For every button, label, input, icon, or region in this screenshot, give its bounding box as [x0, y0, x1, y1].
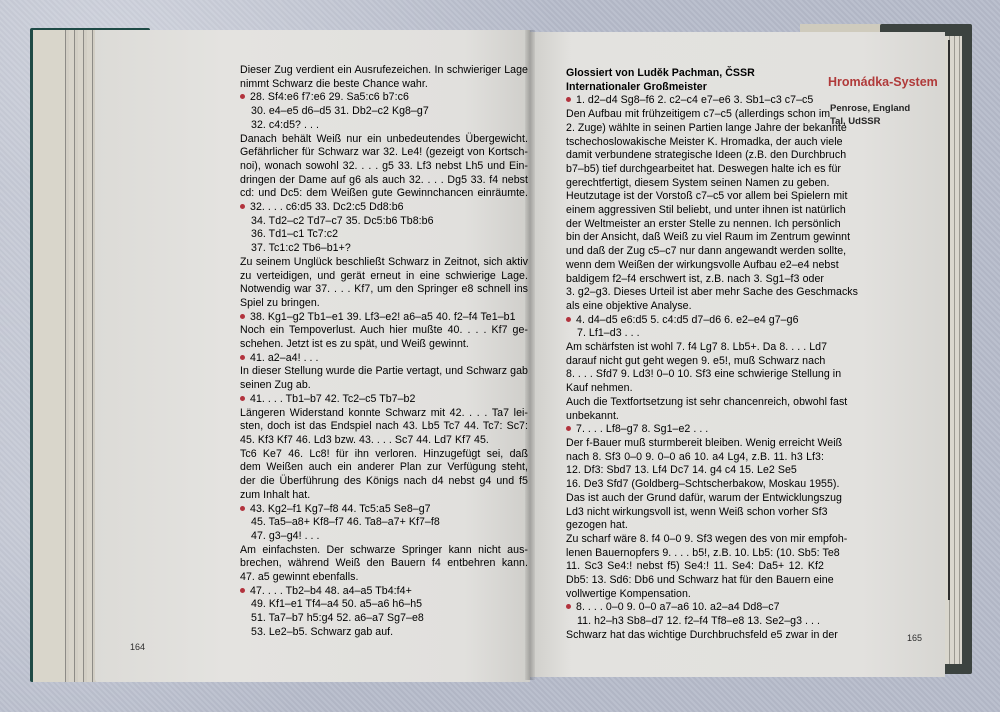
right-page-text: Glossiert von Luděk Pachman, ČSSR Intern…	[566, 67, 824, 643]
text-line: Notwendig war 37. . . . Kf7, um den Spri…	[240, 283, 528, 297]
move-line: 7. Lf1–d3 . . .	[566, 327, 824, 341]
text-line: 45. Kf3 Kf7 46. Ld3 bzw. 43. . . . Sc7 4…	[240, 434, 528, 448]
text-line: Dieser Zug verdient ein Ausrufezeichen. …	[240, 64, 528, 78]
text-line: zum Inhalt hat.	[240, 489, 528, 503]
text-line: Am schärfsten ist wohl 7. f4 Lg7 8. Lb5+…	[566, 341, 824, 355]
left-page-text: Dieser Zug verdient ein Ausrufezeichen. …	[240, 64, 528, 640]
annotator-title: Internationaler Großmeister	[566, 81, 824, 95]
text-line: einem aggressiven Stil beliebt, und unte…	[566, 204, 824, 218]
text-line: Längeren Widerstand konnte Schwarz mit 4…	[240, 407, 528, 421]
text-line: und daß der Zug c5–c7 nur dann angewandt…	[566, 245, 824, 259]
text-line: Tc6 Ke7 46. Lc8! für ihn verloren. Hinzu…	[240, 448, 528, 462]
text-line: In dieser Stellung wurde die Partie vert…	[240, 365, 528, 379]
text-line: darauf nicht gut geht wegen 9. e5!, muß …	[566, 355, 824, 369]
text-line: als eine objektive Analyse.	[566, 300, 824, 314]
move-line: 47. g3–g4! . . .	[240, 530, 528, 544]
text-line: schehen. Jetzt ist es zu spät, und Weiß …	[240, 338, 528, 352]
move-line: 7. . . . Lf8–g7 8. Sg1–e2 . . .	[566, 423, 824, 437]
move-line: 34. Td2–c2 Td7–c7 35. Dc5:b6 Tb8:b6	[240, 215, 528, 229]
text-line: baldigem f2–f4 erschwert ist, z.B. nach …	[566, 273, 824, 287]
text-line: Der f-Bauer muß sturmbereit bleiben. Wen…	[566, 437, 824, 451]
page-edges-left	[33, 30, 103, 682]
text-line: seinen Zug ab.	[240, 379, 528, 393]
text-line: Schwarz hat das wichtige Durchbruchsfeld…	[566, 629, 824, 643]
page-number-right: 165	[907, 633, 922, 643]
text-line: Den Aufbau mit frühzeitigem c7–c5 (aller…	[566, 108, 824, 122]
move-line: 37. Tc1:c2 Tb6–b1+?	[240, 242, 528, 256]
move-line: 28. Sf4:e6 f7:e6 29. Sa5:c6 b7:c6	[240, 91, 528, 105]
page-number-left: 164	[130, 642, 145, 652]
text-line: gezogen hat.	[566, 519, 824, 533]
text-line: Das ist auch der Grund dafür, warum der …	[566, 492, 824, 506]
text-line: Gefährlicher für Schwarz war 32. Le4! (g…	[240, 146, 528, 160]
text-line: nach 8. Sf3 0–0 9. 0–0 a6 10. a4 Lg4, z.…	[566, 451, 824, 465]
move-line: 43. Kg2–f1 Kg7–f8 44. Tc5:a5 Se8–g7	[240, 503, 528, 517]
move-line: 38. Kg1–g2 Tb1–e1 39. Lf3–e2! a6–a5 40. …	[240, 311, 528, 325]
move-line: 1. d2–d4 Sg8–f6 2. c2–c4 e7–e6 3. Sb1–c3…	[566, 94, 824, 108]
move-line: 47. . . . Tb2–b4 48. a4–a5 Tb4:f4+	[240, 585, 528, 599]
text-line: noi), wonach sowohl 32. . . . g5 33. Lf3…	[240, 160, 528, 174]
move-line: 51. Ta7–b7 h5:g4 52. a6–a7 Sg7–e8	[240, 612, 528, 626]
sidebar-rule	[948, 40, 950, 600]
text-line: vollwertige Kompensation.	[566, 588, 824, 602]
text-line: 47. a5 gewinnt ebenfalls.	[240, 571, 528, 585]
move-line: 32. . . . c6:d5 33. Dc2:c5 Dd8:b6	[240, 201, 528, 215]
text-line: gerechtfertigt, diesem System seinen Nam…	[566, 177, 824, 191]
text-line: Zu seinem Unglück beschließt Schwarz in …	[240, 256, 528, 270]
text-line: lenen Bauernopfers 9. . . . b5!, z.B. 10…	[566, 547, 824, 561]
move-line: 41. a2–a4! . . .	[240, 352, 528, 366]
text-line: Danach behält Weiß nur ein unbedeutendes…	[240, 133, 528, 147]
text-line: brechen, während Weiß den Bauern f4 entb…	[240, 557, 528, 571]
text-line: tschechoslowakische Meister K. Hromadka,…	[566, 136, 824, 150]
move-line: 32. c4:d5? . . .	[240, 119, 528, 133]
move-line: 11. h2–h3 Sb8–d7 12. f2–f4 Tf8–e8 13. Se…	[566, 615, 824, 629]
text-line: Auch die Textfortsetzung ist sehr chance…	[566, 396, 824, 410]
text-line: Spiel zu bringen.	[240, 297, 528, 311]
annotator-line: Glossiert von Luděk Pachman, ČSSR	[566, 67, 824, 81]
text-line: cd: und Dc5: dem Weißen gute Gewinnchanc…	[240, 187, 528, 201]
move-line: 4. d4–d5 e6:d5 5. c4:d5 d7–d6 6. e2–e4 g…	[566, 314, 824, 328]
text-line: zu verteidigen, und gerät erneut in eine…	[240, 270, 528, 284]
text-line: nimmt Schwarz die beste Chance wahr.	[240, 78, 528, 92]
text-line: 3. g2–g3. Dieses Urteil ist aber mehr Sa…	[566, 286, 824, 300]
move-line: 8. . . . 0–0 9. 0–0 a7–a6 10. a2–a4 Dd8–…	[566, 601, 824, 615]
text-line: unbekannt.	[566, 410, 824, 424]
text-line: 12. Df3: Sbd7 13. Lf4 Dc7 14. g4 c4 15. …	[566, 464, 824, 478]
text-line: sten, doch ist das Endspiel nach 43. Lb5…	[240, 420, 528, 434]
move-line: 45. Ta5–a8+ Kf8–f7 46. Ta8–a7+ Kf7–f8	[240, 516, 528, 530]
move-line: 41. . . . Tb1–b7 42. Tc2–c5 Tb7–b2	[240, 393, 528, 407]
move-line: 53. Le2–b5. Schwarz gab auf.	[240, 626, 528, 640]
text-line: dringen der Dame auf g6 als auch 32. . .…	[240, 174, 528, 188]
text-line: b7–b5) tief durchgearbeitet hat. Deswege…	[566, 163, 824, 177]
text-line: damit verbundene strategische Ideen (z.B…	[566, 149, 824, 163]
text-line: Zu scharf wäre 8. f4 0–0 9. Sf3 wegen de…	[566, 533, 824, 547]
text-line: 8. . . . Sfd7 9. Ld3! 0–0 10. Sf3 eine s…	[566, 368, 824, 382]
text-line: Kauf nehmen.	[566, 382, 824, 396]
text-line: Noch ein Tempoverlust. Auch hier mußte 4…	[240, 324, 528, 338]
text-line: Ld3 nicht wirkungsvoll ist, wenn Weiß sc…	[566, 506, 824, 520]
text-line: 2. Zuge) wählte in seinen Partien lange …	[566, 122, 824, 136]
move-line: 30. e4–e5 d6–d5 31. Db2–c2 Kg8–g7	[240, 105, 528, 119]
text-line: 11. Sc3 Se4:! nebst f5) Se4:! 11. Se4: D…	[566, 560, 824, 574]
text-line: wenn dem Weißen der wirkungsvolle Aufbau…	[566, 259, 824, 273]
text-line: 16. De3 Sfd7 (Goldberg–Schtscherbakow, M…	[566, 478, 824, 492]
move-line: 49. Kf1–e1 Tf4–a4 50. a5–a6 h6–h5	[240, 598, 528, 612]
player-black: Tal, UdSSR	[830, 115, 910, 128]
text-line: Am einfachsten. Der schwarze Springer ka…	[240, 544, 528, 558]
text-line: Db5: 13. Sd6: Db6 und Schwarz hat für de…	[566, 574, 824, 588]
opening-title: Hromádka-System	[828, 75, 938, 89]
players: Penrose, England Tal, UdSSR	[830, 102, 910, 128]
text-line: bin der Ansicht, daß Weiß zu viel Raum i…	[566, 231, 824, 245]
text-line: Heutzutage ist der Vorstoß c7–c5 vor all…	[566, 190, 824, 204]
move-line: 36. Td1–c1 Tc7:c2	[240, 228, 528, 242]
text-line: dem Weißen auch ein anderer Plan zur Ver…	[240, 461, 528, 475]
player-white: Penrose, England	[830, 102, 910, 115]
text-line: der die Überführung des Königs nach d4 n…	[240, 475, 528, 489]
text-line: der Weltmeister an erster Stelle zu nenn…	[566, 218, 824, 232]
